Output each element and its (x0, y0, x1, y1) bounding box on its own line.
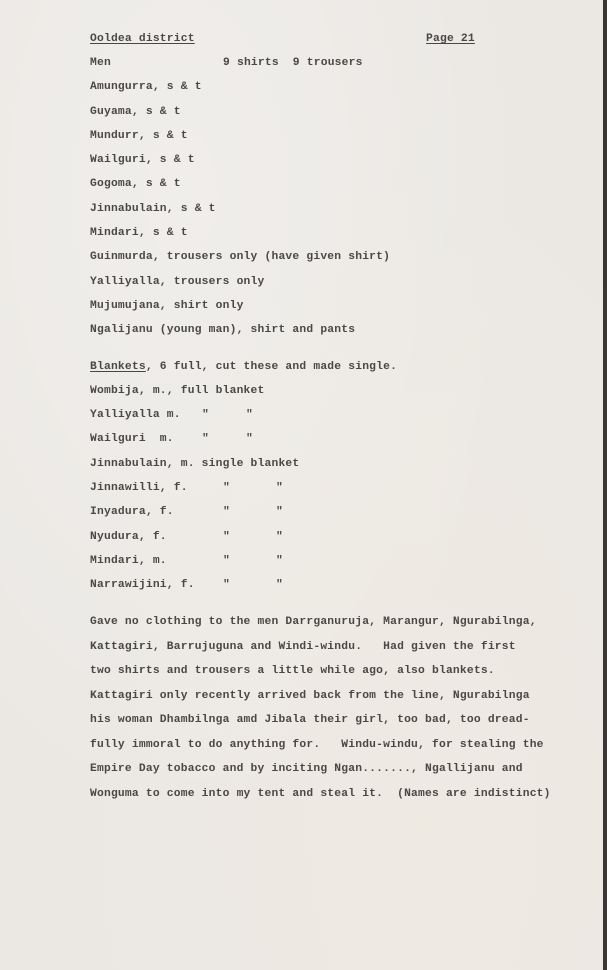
ditto-mark: " (223, 578, 230, 592)
blanket-recipient: Jinnawilli, f. (90, 482, 188, 494)
ditto-mark: " (202, 408, 209, 422)
ditto-mark: " (246, 408, 253, 422)
page-number: Page 21 (426, 32, 475, 46)
paragraph-line: Empire Day tobacco and by inciting Ngan.… (90, 762, 523, 776)
paragraph-line: Kattagiri, Barrujuguna and Windi-windu. … (90, 640, 516, 654)
blankets-heading-rest: , 6 full, cut these and made single. (146, 361, 397, 373)
list-item: Inyadura, f. (90, 505, 174, 519)
paragraph-line: Wonguma to come into my tent and steal i… (90, 787, 551, 801)
men-label: Men (90, 56, 111, 70)
list-item: Jinnabulain, m. single blanket (90, 457, 299, 471)
ditto-mark: " (276, 530, 283, 544)
list-item: Yalliyalla, trousers only (90, 275, 264, 289)
ditto-mark: " (276, 505, 283, 519)
men-summary: 9 shirts 9 trousers (223, 56, 363, 70)
ditto-mark: " (276, 554, 283, 568)
ditto-mark: " (223, 481, 230, 495)
list-item: Mindari, m. (90, 554, 167, 568)
ditto-mark: " (276, 481, 283, 495)
list-item: Guyama, s & t (90, 105, 181, 119)
blanket-recipient: Wombija, m., full blanket (90, 385, 264, 397)
blankets-heading-line: Blankets, 6 full, cut these and made sin… (90, 360, 397, 374)
list-item: Mujumujana, shirt only (90, 299, 244, 313)
list-item: Ngalijanu (young man), shirt and pants (90, 323, 355, 337)
blanket-recipient: Narrawijini, f. (90, 579, 195, 591)
list-item: Mindari, s & t (90, 226, 188, 240)
district-heading: Ooldea district (90, 32, 195, 46)
paragraph-line: fully immoral to do anything for. Windu-… (90, 738, 544, 752)
list-item: Wailguri, s & t (90, 153, 195, 167)
list-item: Mundurr, s & t (90, 129, 188, 143)
blanket-recipient: Nyudura, f. (90, 531, 167, 543)
blankets-heading: Blankets (90, 361, 146, 373)
document-page: Ooldea district Page 21 Men 9 shirts 9 t… (0, 0, 603, 970)
list-item: Jinnabulain, s & t (90, 202, 216, 216)
ditto-mark: " (202, 432, 209, 446)
list-item: Jinnawilli, f. (90, 481, 188, 495)
paragraph-line: his woman Dhambilnga amd Jibala their gi… (90, 713, 530, 727)
ditto-mark: " (223, 505, 230, 519)
list-item: Amungurra, s & t (90, 80, 202, 94)
list-item: Narrawijini, f. (90, 578, 195, 592)
paragraph-line: Kattagiri only recently arrived back fro… (90, 689, 530, 703)
list-item: Wailguri m. (90, 432, 174, 446)
ditto-mark: " (223, 554, 230, 568)
blanket-recipient: Yalliyalla m. (90, 409, 181, 421)
ditto-mark: " (276, 578, 283, 592)
list-item: Wombija, m., full blanket (90, 384, 264, 398)
blanket-recipient: Jinnabulain, m. single blanket (90, 458, 299, 470)
blanket-recipient: Inyadura, f. (90, 506, 174, 518)
list-item: Yalliyalla m. (90, 408, 181, 422)
list-item: Nyudura, f. (90, 530, 167, 544)
ditto-mark: " (223, 530, 230, 544)
ditto-mark: " (246, 432, 253, 446)
paragraph-line: two shirts and trousers a little while a… (90, 664, 495, 678)
scan-edge (603, 0, 607, 970)
paragraph-line: Gave no clothing to the men Darrganuruja… (90, 615, 537, 629)
blanket-recipient: Mindari, m. (90, 555, 167, 567)
list-item: Gogoma, s & t (90, 177, 181, 191)
list-item: Guinmurda, trousers only (have given shi… (90, 250, 390, 264)
blanket-recipient: Wailguri m. (90, 433, 174, 445)
